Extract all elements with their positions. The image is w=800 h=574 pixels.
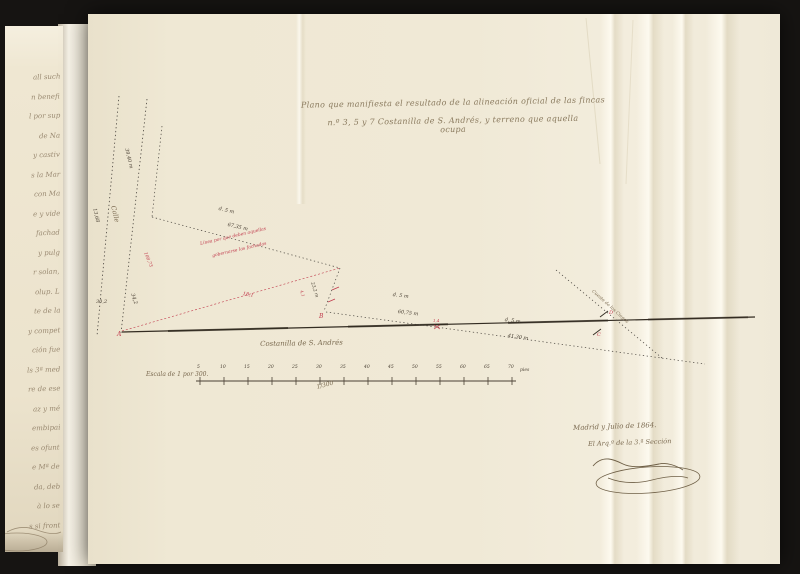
scale-tick-label: 5 bbox=[197, 366, 200, 371]
scale-tick-label: 60 bbox=[460, 366, 466, 371]
scale-tick-label: 45 bbox=[388, 366, 394, 371]
previous-page-rubric-flourish bbox=[5, 26, 63, 552]
photo-backdrop: all such n benefi l por sup de Na y cast… bbox=[0, 0, 800, 574]
scale-tick-label: 55 bbox=[436, 366, 442, 371]
alignment-line bbox=[152, 217, 340, 268]
costanilla-name-label: Costanilla de S. Andrés bbox=[260, 340, 343, 348]
scale-tick-label: 30 bbox=[316, 366, 322, 371]
plan-drawing bbox=[88, 14, 780, 564]
point-label-C: C bbox=[597, 333, 601, 338]
red-measurement: 1,4 bbox=[433, 319, 439, 323]
costanilla-line-thick bbox=[508, 321, 608, 323]
proposed-line-red bbox=[122, 268, 340, 331]
costanilla-line-thick bbox=[168, 328, 288, 331]
scale-tick-label: 65 bbox=[484, 366, 490, 371]
scale-unit-label: pies bbox=[520, 369, 529, 374]
costanilla-line-thick bbox=[348, 324, 448, 326]
scale-tick-label: 35 bbox=[340, 366, 346, 371]
scale-label: Escala de 1 por 300. bbox=[146, 372, 208, 378]
plan-sheet: Plano que manifiesta el resultado de la … bbox=[88, 14, 780, 564]
point-label-A: A bbox=[117, 332, 121, 338]
scale-tick-label: 20 bbox=[268, 366, 274, 371]
point-label-B: B bbox=[319, 314, 323, 320]
scale-tick-label: 10 bbox=[220, 366, 226, 371]
survey-mark-red bbox=[328, 287, 339, 302]
scale-tick-label: 40 bbox=[364, 366, 370, 371]
scale-tick-label: 25 bbox=[292, 366, 298, 371]
scale-tick-label: 50 bbox=[412, 366, 418, 371]
previous-page-edge: all such n benefi l por sup de Na y cast… bbox=[5, 26, 63, 552]
scale-tick-label: 70 bbox=[508, 366, 514, 371]
costanilla-line-thick bbox=[648, 317, 748, 319]
alignment-line bbox=[152, 126, 162, 217]
signature-rubric bbox=[593, 459, 701, 497]
scale-tick-label: 15 bbox=[244, 366, 250, 371]
alignment-line bbox=[324, 268, 340, 311]
measurement-label: 30,2 bbox=[96, 300, 107, 305]
crease-line bbox=[626, 20, 633, 184]
red-measurement: 4,1 bbox=[299, 290, 305, 297]
crease-line bbox=[586, 18, 600, 164]
point-label-D: D bbox=[609, 311, 613, 316]
